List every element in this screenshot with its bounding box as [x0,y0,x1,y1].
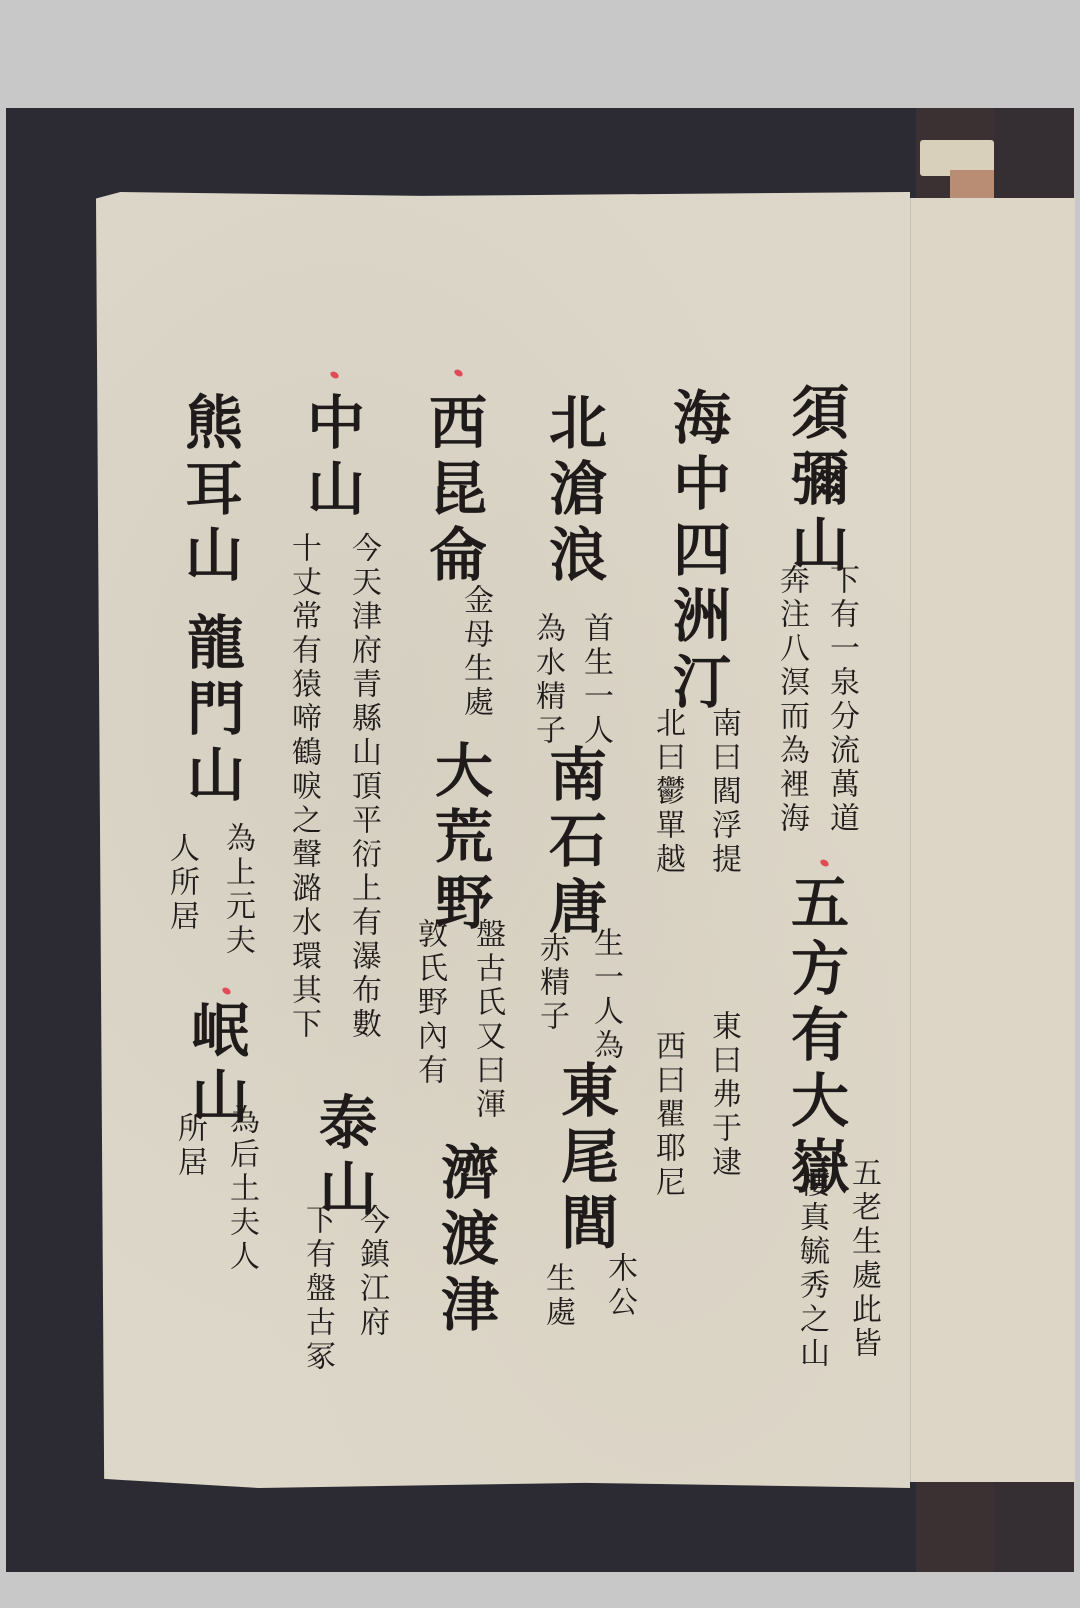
heading-xumi-shan: 須彌山 [786,382,844,580]
note-left: 敦氏野內有 [414,918,444,1088]
note-left: 西曰瞿耶尼 [652,1030,682,1200]
note-right: 今鎮江府 [356,1204,386,1340]
note-right: 南曰閻浮提 [708,707,738,877]
note-left: 赤精子 [536,932,566,1034]
red-punctuation-dot [453,368,464,378]
heading-haizhong-sizhou: 海中四洲汀 [668,387,726,717]
red-punctuation-dot [819,858,830,868]
facing-page-blank [910,198,1075,1482]
heading-da-huangye: 大荒野 [430,740,488,938]
note-left: 樓真毓秀之山 [796,1167,826,1371]
heading-nan-shitang: 南石唐 [544,744,602,942]
note-right: 為后土夫人 [226,1104,256,1274]
note-right: 今天津府青縣山頂平衍上有瀑布數 [348,532,378,1042]
note-right: 下有一泉分流萬道 [826,564,856,836]
note-left: 生處 [542,1262,572,1330]
note-left: 下有盤古冢 [302,1204,332,1374]
note-left: 北曰鬱單越 [652,707,682,877]
heading-zhong-shan: 中山 [302,392,360,524]
heading-xionger-shan: 熊耳山 [180,392,238,590]
document-page: 須彌山 下有一泉分流萬道 奔注八溟而為裡海 五方有大嶽 五老生處此皆 樓真毓秀之… [96,192,910,1488]
note-left: 為水精子 [532,612,562,748]
note-left: 所居 [174,1112,204,1180]
heading-xi-kunlun: 西昆侖 [424,392,482,590]
heading-jidu-jin: 濟渡津 [436,1142,494,1340]
red-punctuation-dot [329,370,340,380]
red-punctuation-dot [221,986,232,996]
note-right: 生一人為 [590,927,620,1063]
note-right: 東曰弗于逮 [708,1010,738,1180]
note-right: 金母生處 [460,584,490,720]
note-right: 為上元夫 [222,822,252,958]
heading-bei-canglang: 北滄浪 [544,392,602,590]
note-left: 奔注八溟而為裡海 [776,564,806,836]
heading-wufang-dayue: 五方有大嶽 [786,872,844,1202]
note-right: 首生一人 [580,612,610,748]
note-left: 十丈常有猿啼鶴唳之聲潞水環其下 [288,532,318,1042]
heading-dong-weilv: 東尾閭 [556,1060,614,1258]
note-right: 五老生處此皆 [848,1157,878,1361]
note-left: 人所居 [166,832,196,934]
note-right: 木公 [604,1252,634,1320]
heading-longmen-shan: 龍門山 [182,612,240,810]
note-right: 盤古氏又曰渾 [472,918,502,1122]
